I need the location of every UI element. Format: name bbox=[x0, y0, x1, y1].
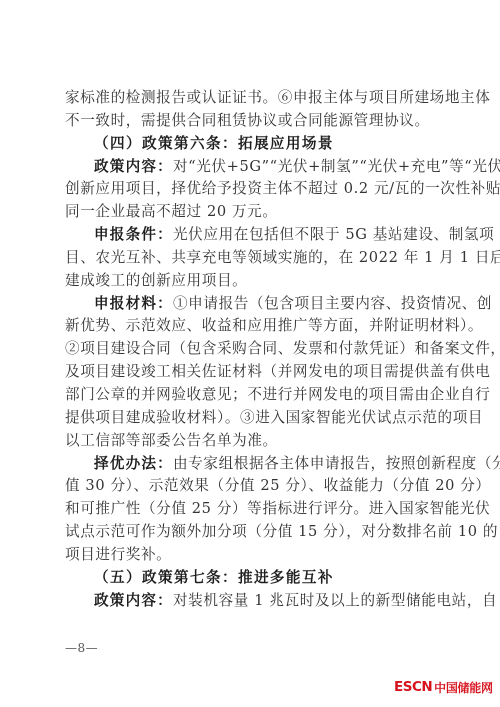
policy-content-paragraph: 政策内容：对“光伏+5G”“光伏+制氢”“光伏+充电”等“光伏+” bbox=[65, 156, 439, 179]
paragraph-line: 提供项目建成验收材料）。③进入国家智能光伏试点示范的项目 bbox=[65, 407, 439, 430]
paragraph-line: 建成竣工的创新应用项目。 bbox=[65, 270, 439, 293]
selection-method-label: 择优办法： bbox=[94, 455, 173, 472]
paragraph-line: 同一企业最高不超过 20 万元。 bbox=[65, 201, 439, 224]
application-materials-paragraph: 申报材料：①申请报告（包含项目主要内容、投资情况、创 bbox=[65, 293, 439, 316]
paragraph-line: 及项目建设竣工相关佐证材料（并网发电的项目需提供盖有供电 bbox=[65, 361, 439, 384]
document-body: 家标准的检测报告或认证证书。⑥申报主体与项目所建场地主体 不一致时，需提供合同租… bbox=[65, 87, 439, 612]
application-conditions-label: 申报条件： bbox=[94, 226, 173, 243]
paragraph-line: 家标准的检测报告或认证证书。⑥申报主体与项目所建场地主体 bbox=[65, 87, 439, 110]
section-heading-four: （四）政策第六条：拓展应用场景 bbox=[65, 133, 439, 156]
watermark-brand-cn: 中国储能网 bbox=[434, 679, 493, 696]
application-materials-label: 申报材料： bbox=[94, 295, 173, 312]
paragraph-line: 试点示范可作为额外加分项（分值 15 分），对分数排名前 10 的 bbox=[65, 521, 439, 544]
paragraph-line: 以工信部等部委公告名单为准。 bbox=[65, 430, 439, 453]
page-number: —8— bbox=[65, 641, 98, 655]
paragraph-text: 由专家组根据各主体申请报告，按照创新程度（分 bbox=[173, 455, 500, 472]
escn-watermark-logo: ESCN 中国储能网 bbox=[394, 679, 493, 695]
paragraph-line: 项目进行奖补。 bbox=[65, 544, 439, 567]
paragraph-line: 不一致时，需提供合同租赁协议或合同能源管理协议。 bbox=[65, 110, 439, 133]
paragraph-text: 光伏应用在包括但不限于 5G 基站建设、制氢项 bbox=[173, 226, 494, 243]
paragraph-line: 目、农光互补、共享充电等领域实施的，在 2022 年 1 月 1 日后 bbox=[65, 247, 439, 270]
paragraph-line: 创新应用项目，择优给予投资主体不超过 0.2 元/瓦的一次性补贴， bbox=[65, 178, 439, 201]
paragraph-line: 新优势、示范效应、收益和应用推广等方面，并附证明材料）。 bbox=[65, 315, 439, 338]
policy-content-label: 政策内容： bbox=[94, 158, 173, 175]
policy-content-paragraph: 政策内容：对装机容量 1 兆瓦时及以上的新型储能电站，自 bbox=[65, 590, 439, 613]
paragraph-line: 部门公章的并网验收意见；不进行并网发电的项目需由企业自行 bbox=[65, 384, 439, 407]
paragraph-text: 对装机容量 1 兆瓦时及以上的新型储能电站，自 bbox=[173, 592, 497, 609]
section-heading-five: （五）政策第七条：推进多能互补 bbox=[65, 567, 439, 590]
paragraph-line: 和可推广性（分值 25 分）等指标进行评分。进入国家智能光伏 bbox=[65, 498, 439, 521]
paragraph-line: 值 30 分）、示范效果（分值 25 分）、收益能力（分值 20 分） bbox=[65, 475, 439, 498]
paragraph-line: ②项目建设合同（包含采购合同、发票和付款凭证）和备案文件， bbox=[65, 338, 439, 361]
application-conditions-paragraph: 申报条件：光伏应用在包括但不限于 5G 基站建设、制氢项 bbox=[65, 224, 439, 247]
selection-method-paragraph: 择优办法：由专家组根据各主体申请报告，按照创新程度（分 bbox=[65, 453, 439, 476]
paragraph-text: ①申请报告（包含项目主要内容、投资情况、创 bbox=[173, 295, 492, 312]
watermark-brand-en: ESCN bbox=[394, 679, 432, 695]
paragraph-text: 对“光伏+5G”“光伏+制氢”“光伏+充电”等“光伏+” bbox=[173, 158, 500, 175]
policy-content-label: 政策内容： bbox=[94, 592, 173, 609]
